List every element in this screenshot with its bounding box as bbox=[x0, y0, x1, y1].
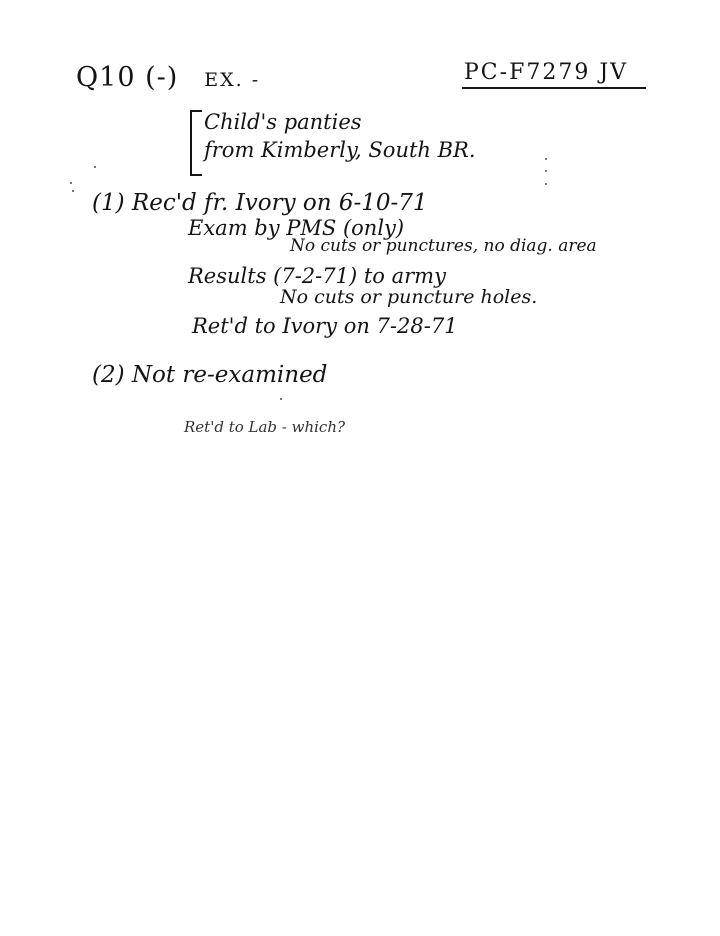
item-id-header: Q10 (-)EX. - bbox=[76, 62, 260, 93]
ex-label: EX. - bbox=[204, 69, 260, 91]
scan-speck bbox=[94, 166, 96, 168]
scan-speck bbox=[545, 170, 547, 172]
scan-speck bbox=[545, 158, 547, 160]
description-bracket bbox=[190, 110, 202, 176]
entry-2-returned: Ret'd to Lab - which? bbox=[184, 418, 345, 436]
scan-speck bbox=[72, 190, 74, 192]
entry-1-returned: Ret'd to Ivory on 7-28-71 bbox=[192, 314, 458, 338]
entry-1-results-note: No cuts or puncture holes. bbox=[280, 286, 537, 308]
scan-speck bbox=[280, 398, 282, 400]
entry-1-exam-note: No cuts or punctures, no diag. area bbox=[290, 236, 597, 256]
description-line-1: Child's panties bbox=[204, 110, 362, 134]
item-id: Q10 (-) bbox=[76, 62, 178, 93]
scan-speck bbox=[70, 182, 72, 184]
entry-1-label: (1) Rec'd fr. Ivory on 6-10-71 bbox=[92, 190, 428, 216]
scan-speck bbox=[545, 183, 547, 185]
entry-2-label: (2) Not re-examined bbox=[92, 362, 327, 388]
description-line-2: from Kimberly, South BR. bbox=[204, 138, 476, 162]
case-number: PC-F7279 JV bbox=[462, 60, 646, 89]
entry-1-results: Results (7-2-71) to army bbox=[188, 264, 446, 288]
